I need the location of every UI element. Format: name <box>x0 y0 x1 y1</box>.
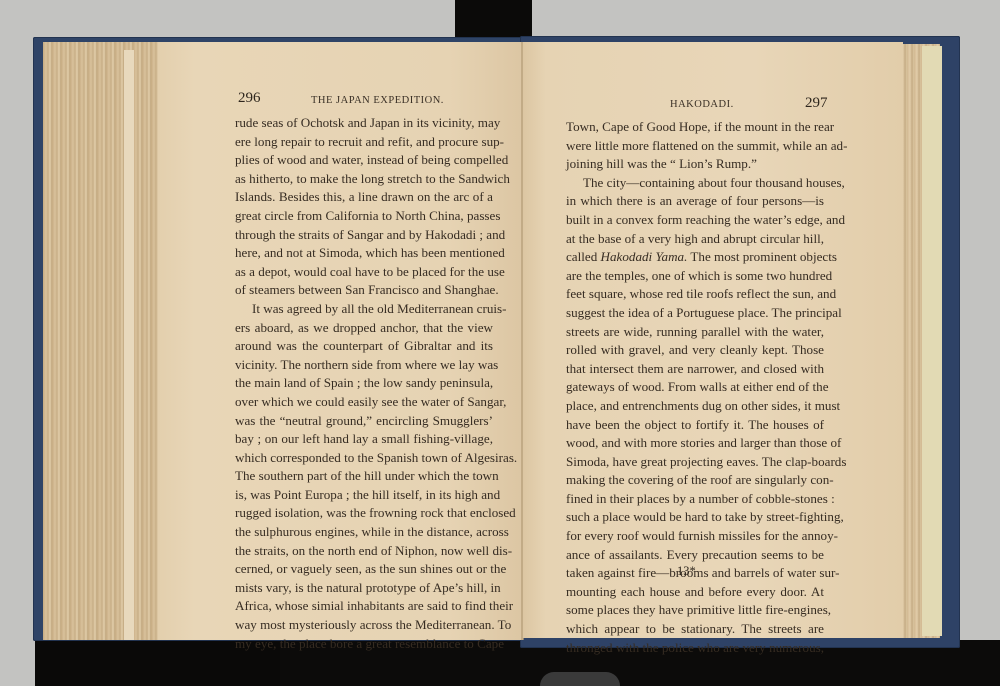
text-line: vicinity. The northern side from where w… <box>235 356 493 375</box>
page-edge-strip <box>124 50 134 640</box>
text-line: bay ; on our left hand lay a small fishi… <box>235 430 493 449</box>
text-line: wood, and with more stories and larger t… <box>566 434 824 453</box>
text-line: way most mysteriously across the Mediter… <box>235 616 493 635</box>
running-head-right: HAKODADI. <box>670 99 734 110</box>
page-number-right: 297 <box>805 95 828 112</box>
text-line: joining hill was the “ Lion’s Rump.” <box>566 155 824 174</box>
text-line: Islands. Besides this, a line drawn on t… <box>235 188 493 207</box>
text-line: feet square, whose red tile roofs reflec… <box>566 285 824 304</box>
text-line: my eye, the place bore a great resemblan… <box>235 635 493 654</box>
text-line: mists vary, is the natural prototype of … <box>235 579 493 598</box>
text-line: Simoda, have great projecting eaves. The… <box>566 453 824 472</box>
text-line: rude seas of Ochotsk and Japan in its vi… <box>235 114 493 133</box>
text-line: It was agreed by all the old Mediterrane… <box>235 300 493 319</box>
background-glare <box>540 672 620 686</box>
text-line: the sulphurous engines, while in the dis… <box>235 523 493 542</box>
text-line: have been the object to fortify it. The … <box>566 416 824 435</box>
italic-place-name: Hakodadi Yama. <box>601 249 688 264</box>
text-line: through the straits of Sangar and by Hak… <box>235 226 493 245</box>
text-line: some places they have primitive little f… <box>566 601 824 620</box>
text-line: ance of assailants. Every precaution see… <box>566 546 824 565</box>
text-line: gateways of wood. From walls at either e… <box>566 378 824 397</box>
text-line: at the base of a very high and abrupt ci… <box>566 230 824 249</box>
text-line: built in a convex form reaching the wate… <box>566 211 824 230</box>
text-line: streets are wide, running parallel with … <box>566 323 824 342</box>
left-page: 296 THE JAPAN EXPEDITION. rude seas of O… <box>158 42 523 640</box>
text-line: as hitherto, to make the long stretch to… <box>235 170 493 189</box>
text-line: Africa, whose simial inhabitants are sai… <box>235 597 493 616</box>
signature-mark: 13* <box>677 564 696 579</box>
text-line: the main land of Spain ; the low sandy p… <box>235 374 493 393</box>
text-line: for every roof would furnish missiles fo… <box>566 527 824 546</box>
text-line: the straits, on the north end of Niphon,… <box>235 542 493 561</box>
text-line: thronged with the police who are very nu… <box>566 639 824 658</box>
page-number-left: 296 <box>238 90 261 107</box>
running-head-left: THE JAPAN EXPEDITION. <box>311 95 444 106</box>
text-line: plies of wood and water, instead of bein… <box>235 151 493 170</box>
text-line: is, was Point Europa ; the hill itself, … <box>235 486 493 505</box>
text-line: are the temples, one of which is some tw… <box>566 267 824 286</box>
page-edges-left <box>43 42 161 640</box>
text-line: as a depot, would coal have to be placed… <box>235 263 493 282</box>
text-line: were little more flattened on the summit… <box>566 137 824 156</box>
text-line: cerned, or vaguely seen, as the sun shin… <box>235 560 493 579</box>
text-line: was the “neutral ground,” encircling Smu… <box>235 412 493 431</box>
text-line: suggest the idea of a Portuguese place. … <box>566 304 824 323</box>
endpaper-right <box>922 46 942 636</box>
text-line: such a place would be hard to take by st… <box>566 508 824 527</box>
text-line: ers aboard, as we dropped anchor, that t… <box>235 319 493 338</box>
text-line: place, and entrenchments dug on other si… <box>566 397 824 416</box>
text-line: ere long repair to recruit and refit, an… <box>235 133 493 152</box>
text-line: The city—containing about four thousand … <box>566 174 824 193</box>
text-line: here, and not at Simoda, which has been … <box>235 244 493 263</box>
text-line: great circle from California to North Ch… <box>235 207 493 226</box>
text-line: rolled with gravel, and very cleanly kep… <box>566 341 824 360</box>
text-line: over which we could easily see the water… <box>235 393 493 412</box>
text-line: which corresponded to the Spanish town o… <box>235 449 493 468</box>
right-page: HAKODADI. 297 Town, Cape of Good Hope, i… <box>523 42 903 638</box>
text-line: of steamers between San Francisco and Sh… <box>235 281 493 300</box>
text-line: in which there is an average of four per… <box>566 192 824 211</box>
text-line: Town, Cape of Good Hope, if the mount in… <box>566 118 824 137</box>
text-line: that intersect them are narrower, and cl… <box>566 360 824 379</box>
text-line: rugged isolation, was the frowning rock … <box>235 504 493 523</box>
text-line: making the covering of the roof are sing… <box>566 471 824 490</box>
text-line: which appear to be stationary. The stree… <box>566 620 824 639</box>
text-line: mounting each house and before every doo… <box>566 583 824 602</box>
text-line-italic: called Hakodadi Yama. The most prominent… <box>566 248 824 267</box>
left-page-body: rude seas of Ochotsk and Japan in its vi… <box>235 114 493 653</box>
text-line: around was the counterpart of Gibraltar … <box>235 337 493 356</box>
text-line: The southern part of the hill under whic… <box>235 467 493 486</box>
text-line: fined in their places by a number of cob… <box>566 490 824 509</box>
